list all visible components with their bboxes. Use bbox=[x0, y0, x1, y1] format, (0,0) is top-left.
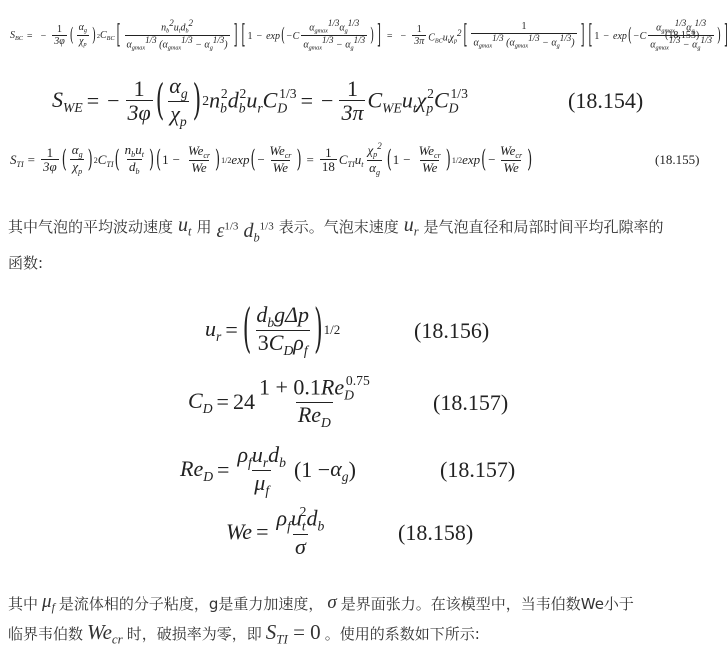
paragraph-1-line-1: 其中气泡的平均波动速度 ut 用 ε1/3 db1/3 表示。气泡末速度 ur … bbox=[8, 214, 664, 239]
paragraph-2-line-1: 其中 μf 是流体相的分子粘度，g是重力加速度， σ 是界面张力。在该模型中，当… bbox=[8, 591, 634, 615]
equation-18-153: SBC=− 13φ (αgχp)2 CBC [ nb2utdb2αgmax1/3… bbox=[10, 6, 727, 66]
equation-18-156: ur= ( dbgΔp3CDρf )1/2 bbox=[205, 295, 340, 365]
paragraph-1-line-2: 函数: bbox=[8, 252, 43, 273]
equation-number: (18.155) bbox=[655, 152, 699, 168]
equation-number: (18.156) bbox=[414, 318, 489, 344]
paragraph-2-line-2: 临界韦伯数 Wecr 时，破损率为零，即 STI = 0 。使用的系数如下所示: bbox=[8, 620, 480, 647]
equation-18-154: SWE=− 13φ (αgχp)2 nb2db2urCD1/3 =− 13π C… bbox=[52, 70, 468, 132]
equation-number: (18.158) bbox=[398, 520, 473, 546]
equation-18-155: STI= 13φ (αgχp)2 CTI (nbutdb) (1−WecrWe)… bbox=[10, 134, 533, 186]
equation-number: (18.157) bbox=[433, 390, 508, 416]
equation-number: (18.157) bbox=[440, 457, 515, 483]
equation-18-157-drag: CD=24 1 + 0.1ReD0.75ReD bbox=[188, 370, 374, 434]
equation-18-158: We= ρfut2dbσ bbox=[226, 500, 328, 564]
equation-18-157-reynolds: ReD= ρfurdbμf (1 − αg) bbox=[180, 438, 356, 502]
equation-number: (18.153) bbox=[665, 30, 699, 41]
equation-number: (18.154) bbox=[568, 88, 643, 114]
